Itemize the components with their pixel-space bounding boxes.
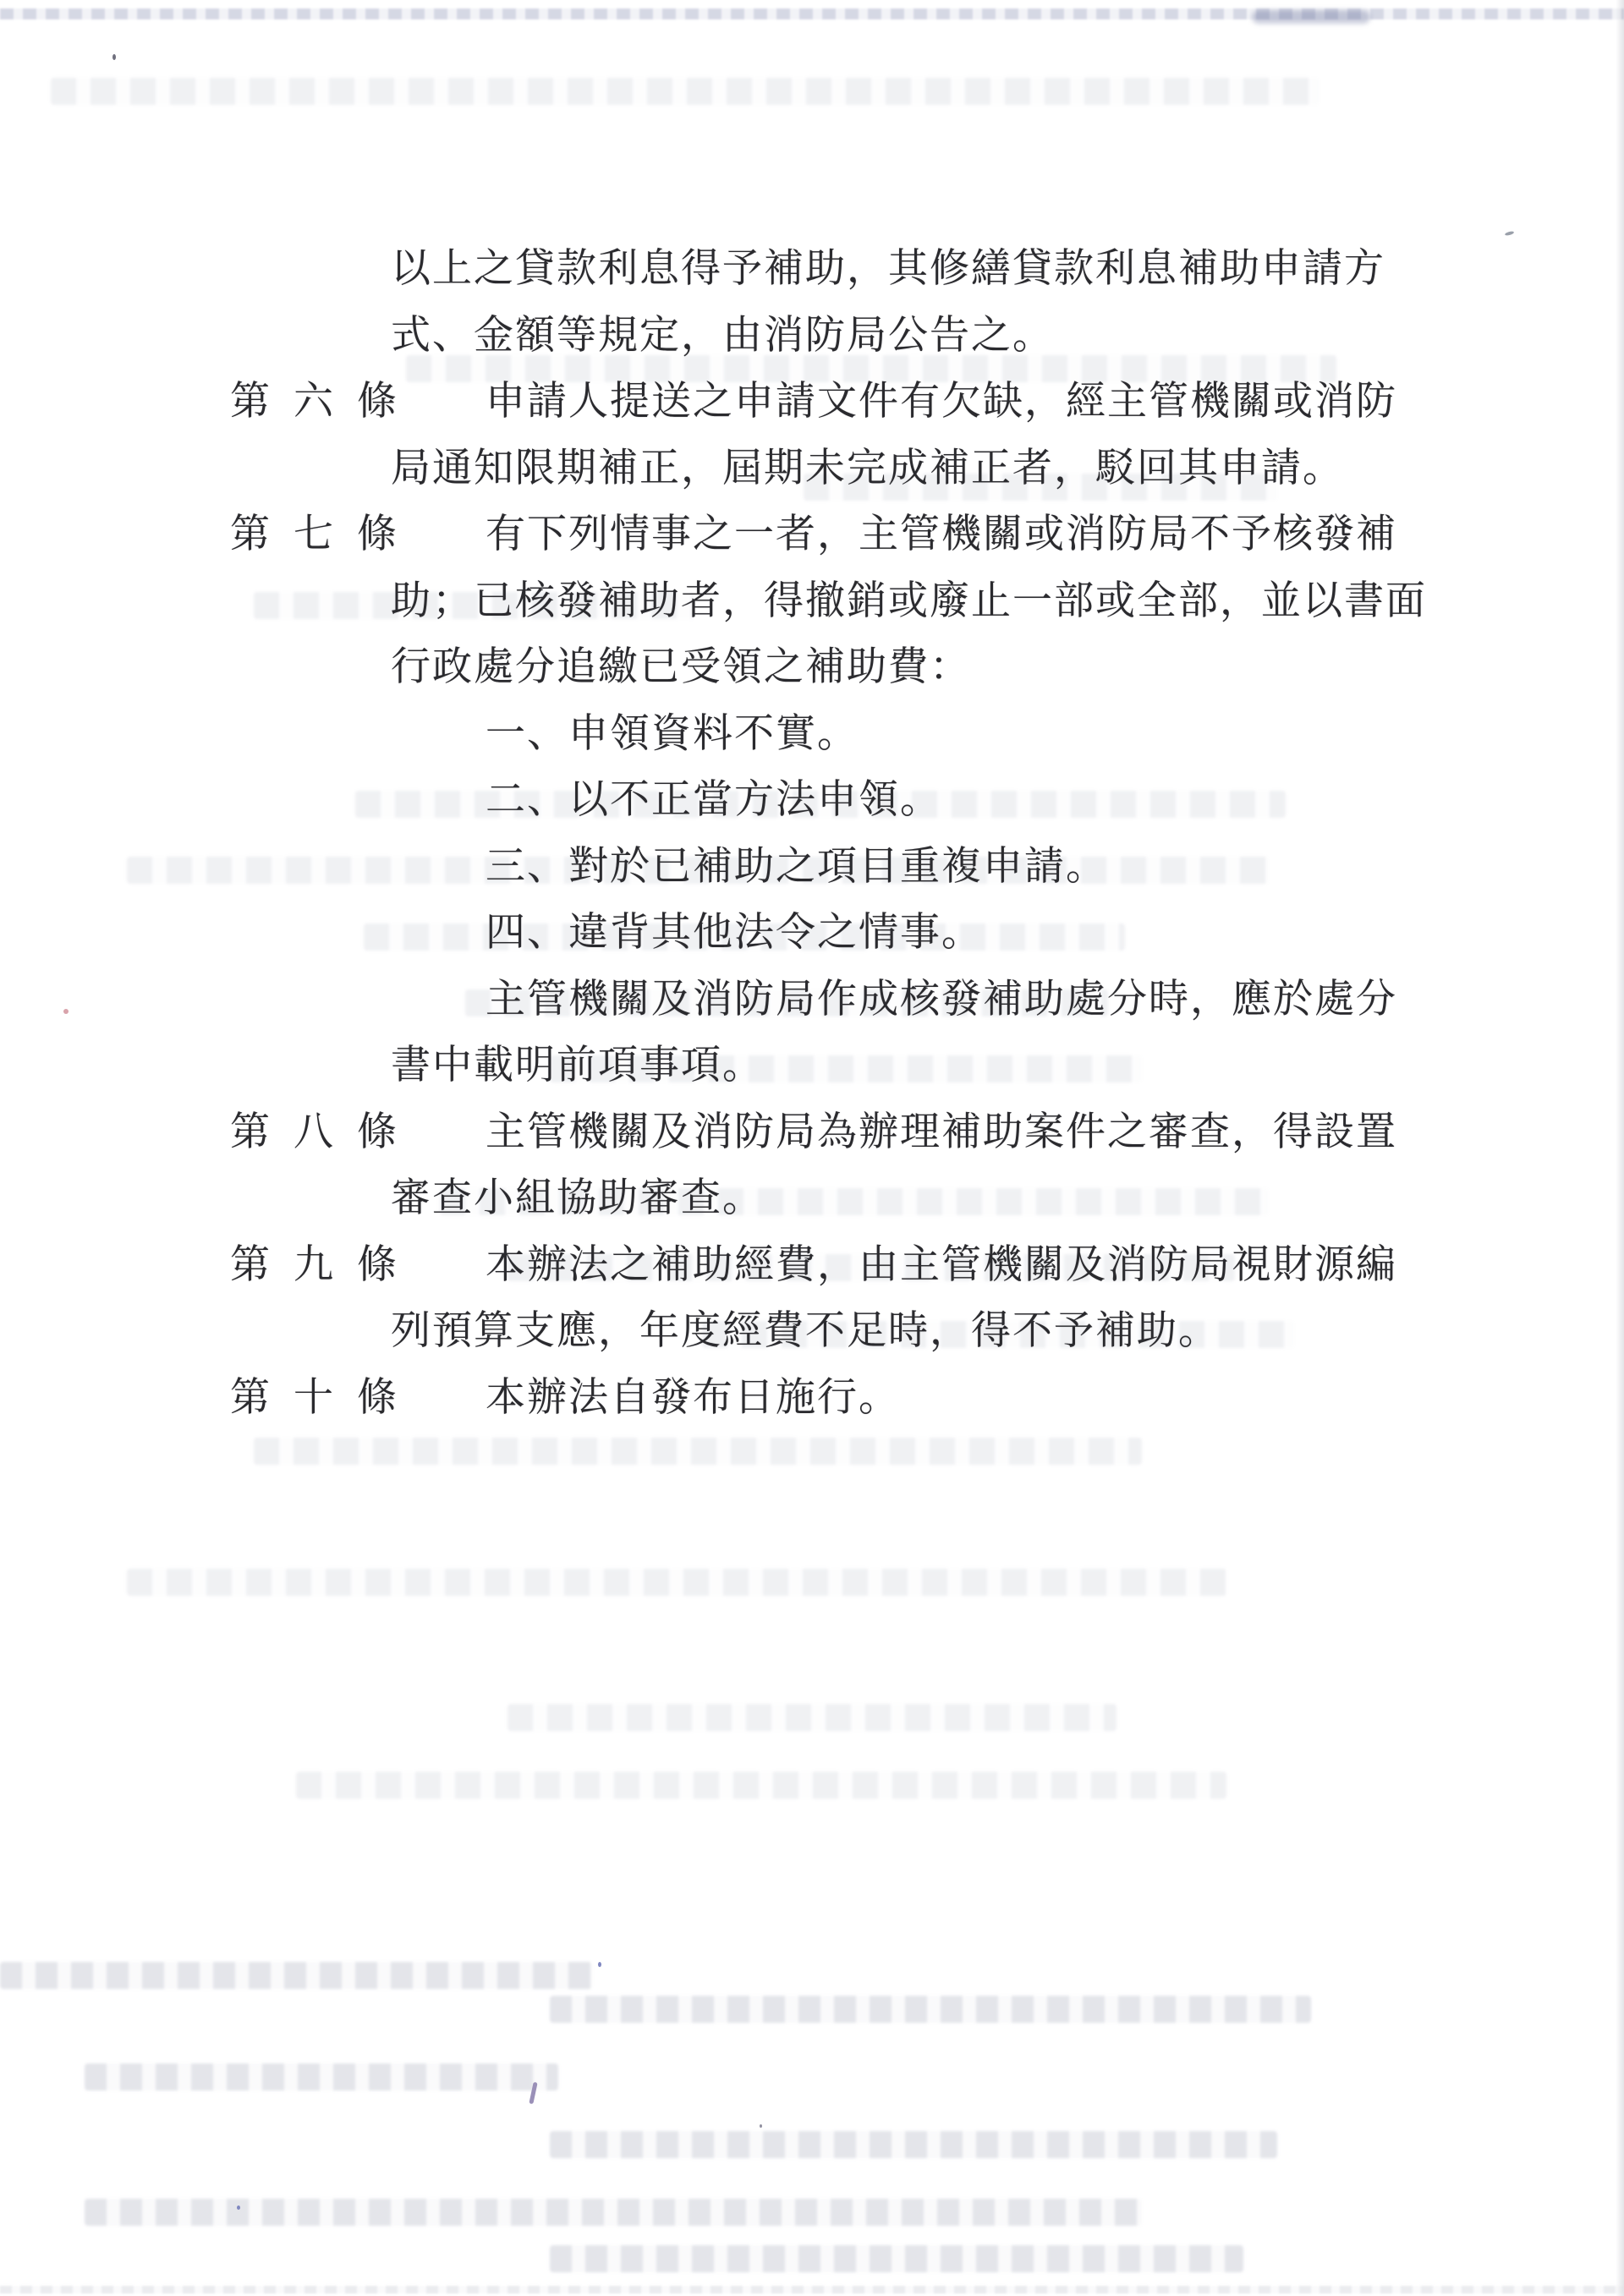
text-line: 審查小組協助審查。	[391, 1175, 764, 1225]
ink-speck	[237, 2206, 240, 2210]
line-text: 局通知限期補正，屆期未完成補正者，駁回其申請。	[391, 447, 1344, 490]
article-number: 第六條	[230, 379, 420, 425]
line-text: 一、申領資料不實。	[486, 712, 859, 756]
line-text: 行政處分追繳已受領之補助費：	[391, 645, 971, 689]
bleedthrough-ghost-row	[85, 2063, 558, 2091]
scanned-document-page: 以上之貸款利息得予補助，其修繕貸款利息補助申請方 式、金額等規定，由消防局公告之…	[0, 0, 1624, 2296]
article-text: 主管機關及消防局為辦理補助案件之審查，得設置	[486, 1110, 1397, 1155]
bleedthrough-ghost-row	[550, 2245, 1243, 2272]
list-item: 四、違背其他法令之情事。	[486, 910, 983, 959]
line-text: 助；已核發補助者，得撤銷或廢止一部或全部，並以書面	[391, 579, 1427, 623]
article-line: 第八條 主管機關及消防局為辦理補助案件之審查，得設置	[0, 1110, 1624, 1159]
list-item: 二、以不正當方法申領。	[486, 777, 941, 826]
bleedthrough-ghost-row	[296, 1772, 1226, 1799]
text-line: 助；已核發補助者，得撤銷或廢止一部或全部，並以書面	[391, 578, 1427, 627]
line-text: 主管機關及消防局作成核發補助處分時，應於處分	[486, 978, 1397, 1022]
ink-speck	[63, 1009, 69, 1014]
article-text: 本辦法自發布日施行。	[486, 1375, 900, 1421]
text-line: 書中載明前項事項。	[391, 1043, 764, 1092]
text-line: 局通知限期補正，屆期未完成補正者，駁回其申請。	[391, 446, 1344, 495]
article-line: 第六條 申請人提送之申請文件有欠缺，經主管機關或消防	[0, 379, 1624, 428]
text-line: 列預算支應，年度經費不足時，得不予補助。	[391, 1308, 1220, 1357]
bleedthrough-ghost-row	[254, 1438, 1142, 1465]
scan-streak-bottom	[0, 2286, 1624, 2293]
bleedthrough-ghost-row	[550, 1996, 1311, 2023]
scan-streak-top	[0, 8, 1624, 19]
ink-speck	[598, 1962, 601, 1967]
bleedthrough-ghost-row	[85, 2199, 1142, 2226]
line-text: 以上之貸款利息得予補助，其修繕貸款利息補助申請方	[391, 247, 1385, 291]
bleedthrough-ghost-row	[550, 2131, 1277, 2158]
article-number: 第十條	[230, 1375, 420, 1421]
bleedthrough-ghost-row	[127, 1569, 1226, 1596]
article-number: 第八條	[230, 1110, 420, 1155]
article-line: 第七條 有下列情事之一者，主管機關或消防局不予核發補	[0, 512, 1624, 561]
list-item: 三、對於已補助之項目重複申請。	[486, 844, 1107, 893]
article-number: 第九條	[230, 1242, 420, 1288]
article-line: 第十條 本辦法自發布日施行。	[0, 1375, 1624, 1424]
line-text: 四、違背其他法令之情事。	[486, 911, 983, 955]
article-line: 第九條 本辦法之補助經費，由主管機關及消防局視財源編	[0, 1242, 1624, 1291]
list-item: 一、申領資料不實。	[486, 711, 859, 760]
line-text: 審查小組協助審查。	[391, 1176, 764, 1220]
text-line: 式、金額等規定，由消防局公告之。	[391, 313, 1054, 362]
bleedthrough-ghost-row	[51, 78, 1319, 105]
text-line: 行政處分追繳已受領之補助費：	[391, 644, 971, 693]
scan-streak-blob	[1252, 10, 1370, 24]
text-line: 主管機關及消防局作成核發補助處分時，應於處分	[486, 977, 1397, 1026]
bleedthrough-ghost-row	[507, 1704, 1116, 1731]
line-text: 書中載明前項事項。	[391, 1044, 764, 1088]
article-text: 本辦法之補助經費，由主管機關及消防局視財源編	[486, 1242, 1397, 1288]
ink-speck	[760, 2124, 762, 2128]
text-line: 以上之貸款利息得予補助，其修繕貸款利息補助申請方	[391, 246, 1385, 295]
line-text: 式、金額等規定，由消防局公告之。	[391, 314, 1054, 358]
article-text: 申請人提送之申請文件有欠缺，經主管機關或消防	[486, 379, 1397, 425]
line-text: 三、對於已補助之項目重複申請。	[486, 845, 1107, 889]
line-text: 二、以不正當方法申領。	[486, 778, 941, 822]
article-text: 有下列情事之一者，主管機關或消防局不予核發補	[486, 512, 1397, 557]
ink-speck	[1505, 231, 1515, 237]
ink-speck	[112, 54, 116, 60]
article-number: 第七條	[230, 512, 420, 557]
bleedthrough-ghost-row	[0, 1962, 592, 1989]
line-text: 列預算支應，年度經費不足時，得不予補助。	[391, 1309, 1220, 1353]
